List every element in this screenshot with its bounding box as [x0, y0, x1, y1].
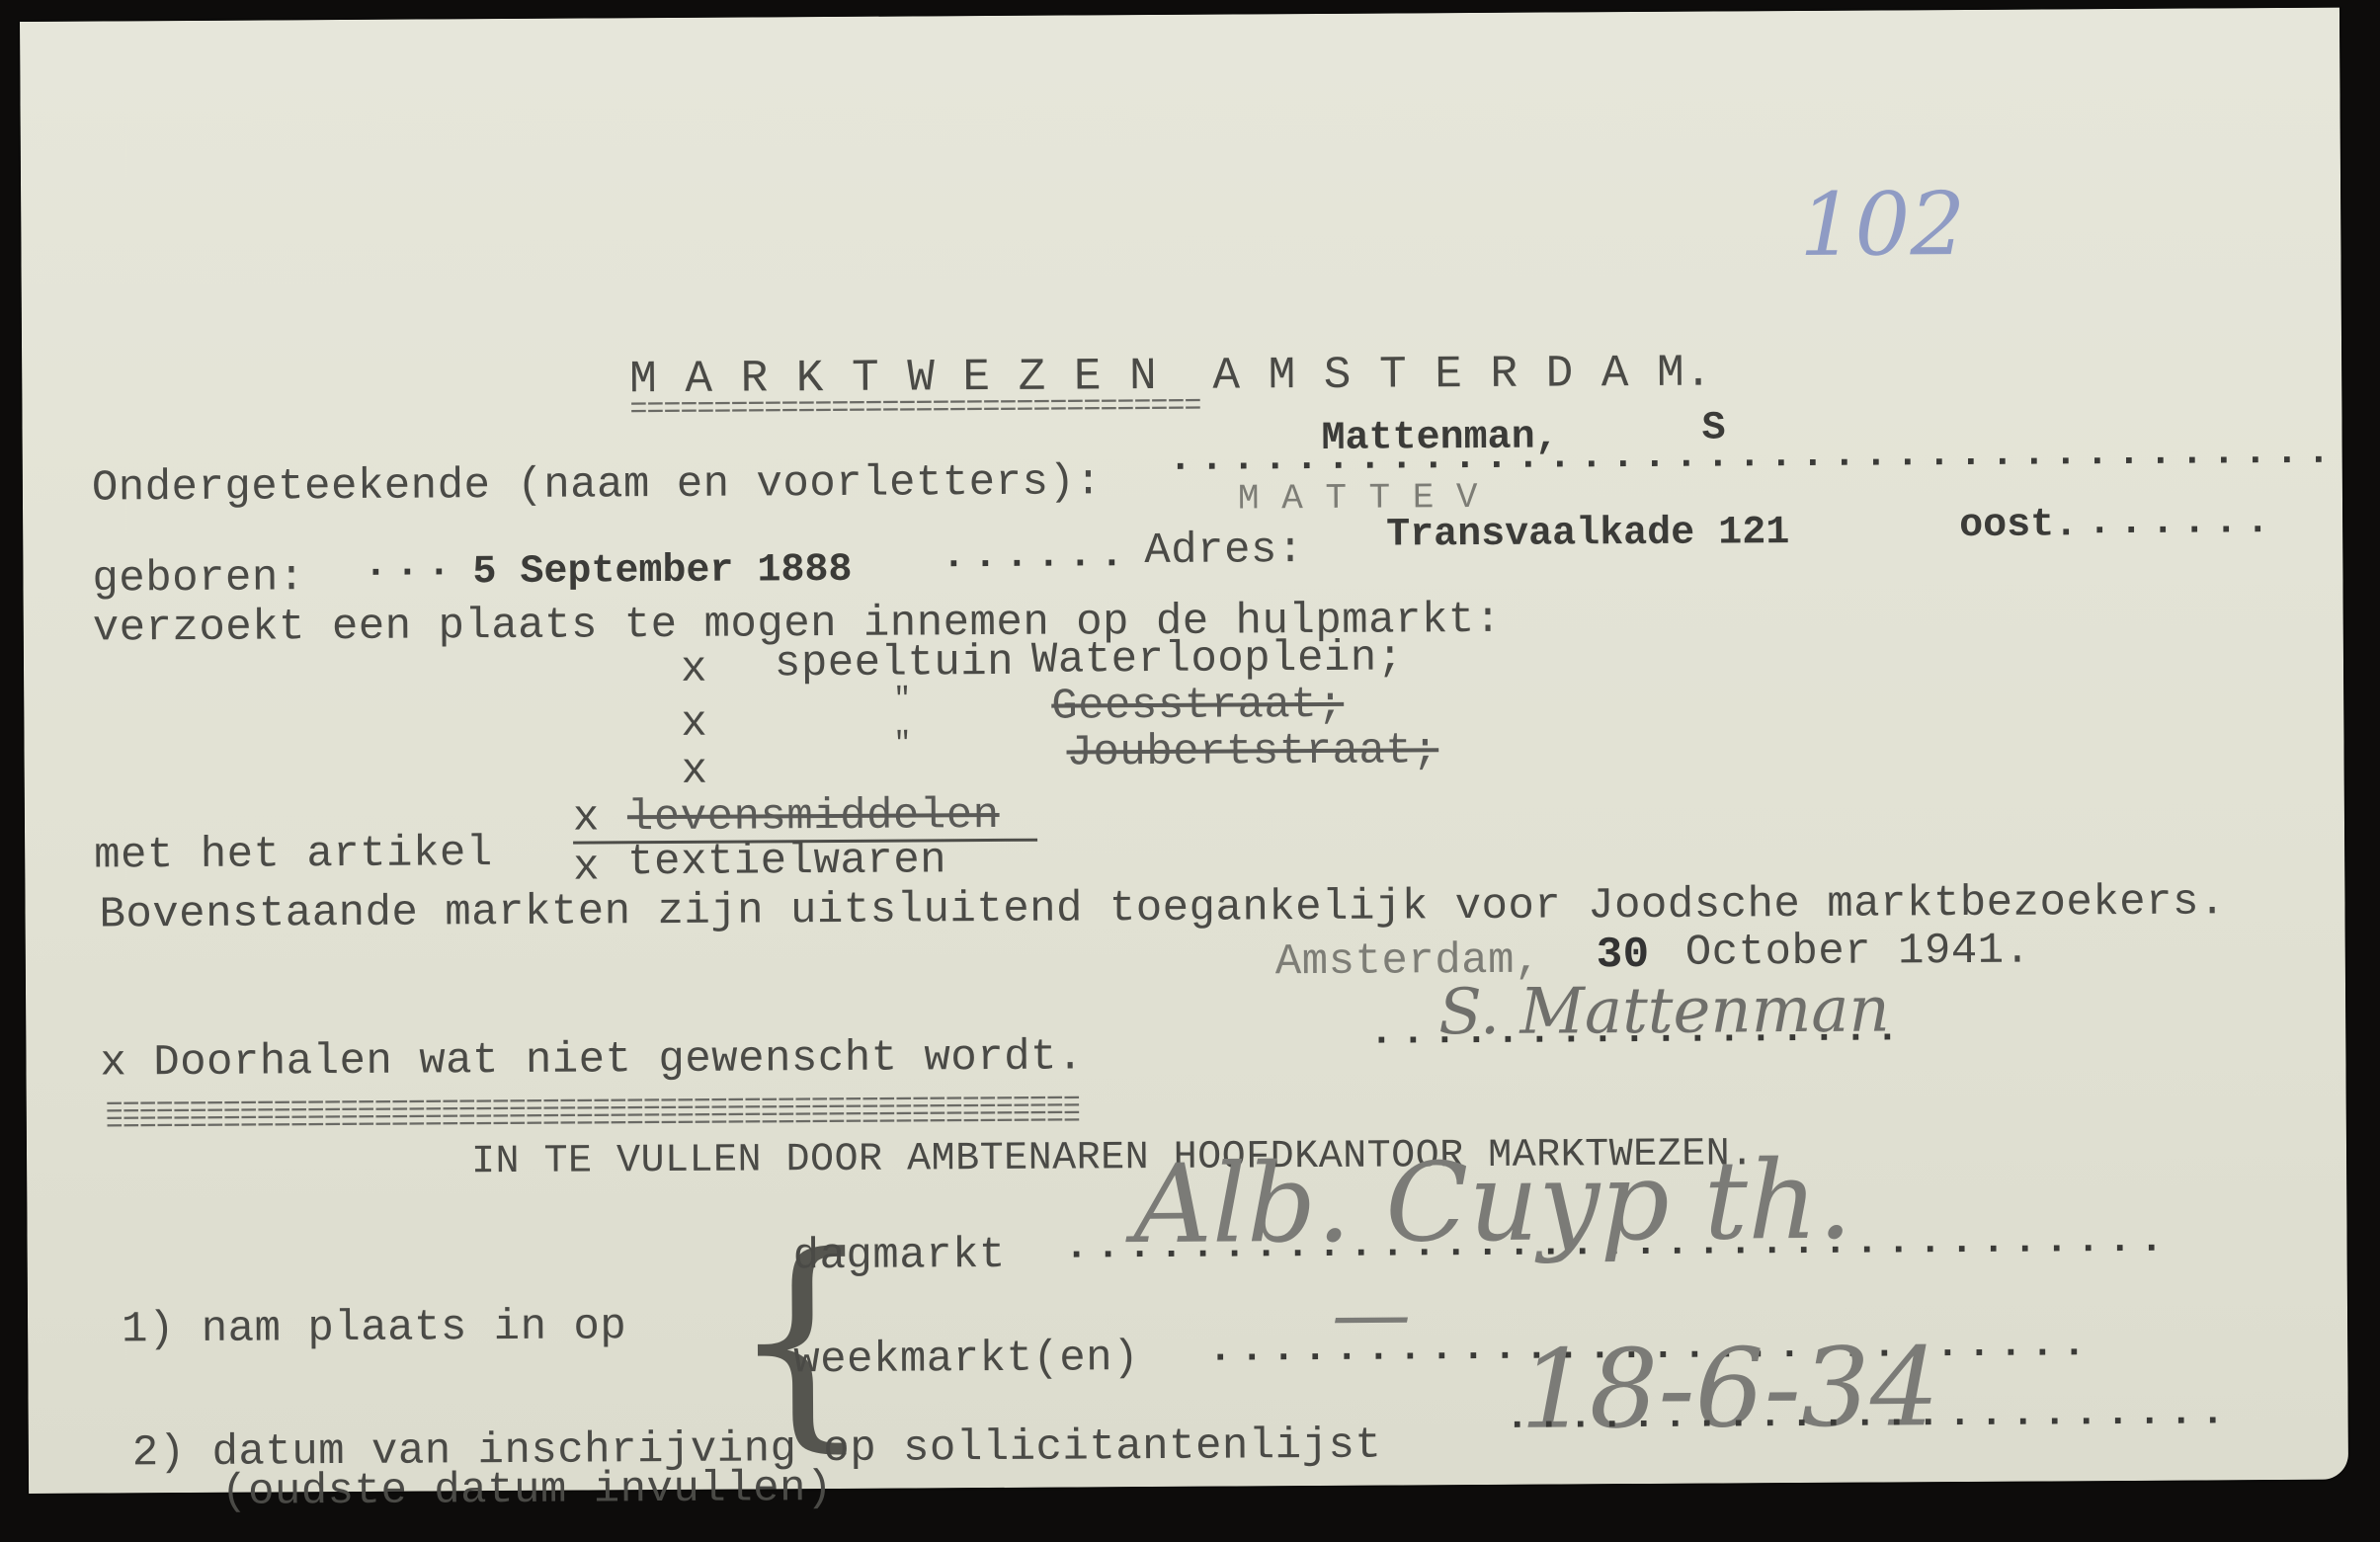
location-marker: x	[681, 747, 707, 796]
card-number-annotation: 102	[1799, 173, 1966, 276]
address-value: Transvaalkade 121	[1386, 511, 1789, 557]
date-day: 30	[1597, 931, 1650, 980]
birth-dot-leader: ...	[364, 542, 458, 588]
item1-label: 1) nam plaats in op	[122, 1302, 626, 1354]
weekmarkt-label: weekmarkt(en)	[793, 1334, 1139, 1385]
article-marker: x	[573, 793, 600, 843]
location-marker: x	[681, 645, 707, 694]
title-underline: ==================================	[629, 386, 1736, 427]
date-month-year: October 1941.	[1685, 927, 2031, 978]
address-label: Adres:	[1144, 526, 1304, 576]
address-suffix: oost.	[1959, 503, 2078, 548]
birth-value: 5 September 1888	[472, 548, 852, 595]
birth-dot-leader-2: ......	[942, 533, 1131, 579]
applicant-signature: S. Mattenman	[1438, 973, 1890, 1049]
location-marker: x	[681, 699, 707, 749]
article-label: met het artikel	[94, 829, 493, 880]
name-label: Ondergeteekende (naam en voorletters):	[92, 457, 1103, 513]
item2-note: (oudste datum invullen)	[221, 1464, 833, 1517]
ditto-mark: "	[893, 683, 912, 716]
dagmarkt-handwritten: Alb. Cuyp th.	[1133, 1137, 1852, 1267]
name-dot-leader: .....................................	[1169, 431, 2339, 482]
dagmarkt-label: dagmarkt	[792, 1231, 1006, 1281]
location-name: Waterlooplein;	[1031, 633, 1404, 685]
location-name-struck: Joubertstraat;	[1066, 726, 1438, 777]
ditto-mark: "	[893, 727, 912, 761]
location-prefix: speeltuin	[775, 638, 1014, 689]
article-marker: x	[573, 843, 600, 892]
item2-dot-leader: .......................	[1506, 1391, 2233, 1439]
location-name-struck: Geesstraat;	[1051, 681, 1344, 732]
article-name: textielwaren	[627, 836, 946, 887]
address-dot-leader: ......	[2088, 500, 2277, 545]
birth-label: geboren:	[92, 553, 305, 604]
market-registration-card: 102 M A R K T W E Z E N A M S T E R D A …	[20, 8, 2348, 1494]
strike-through-footnote: x Doorhalen wat niet gewenscht wordt.	[100, 1032, 1084, 1088]
